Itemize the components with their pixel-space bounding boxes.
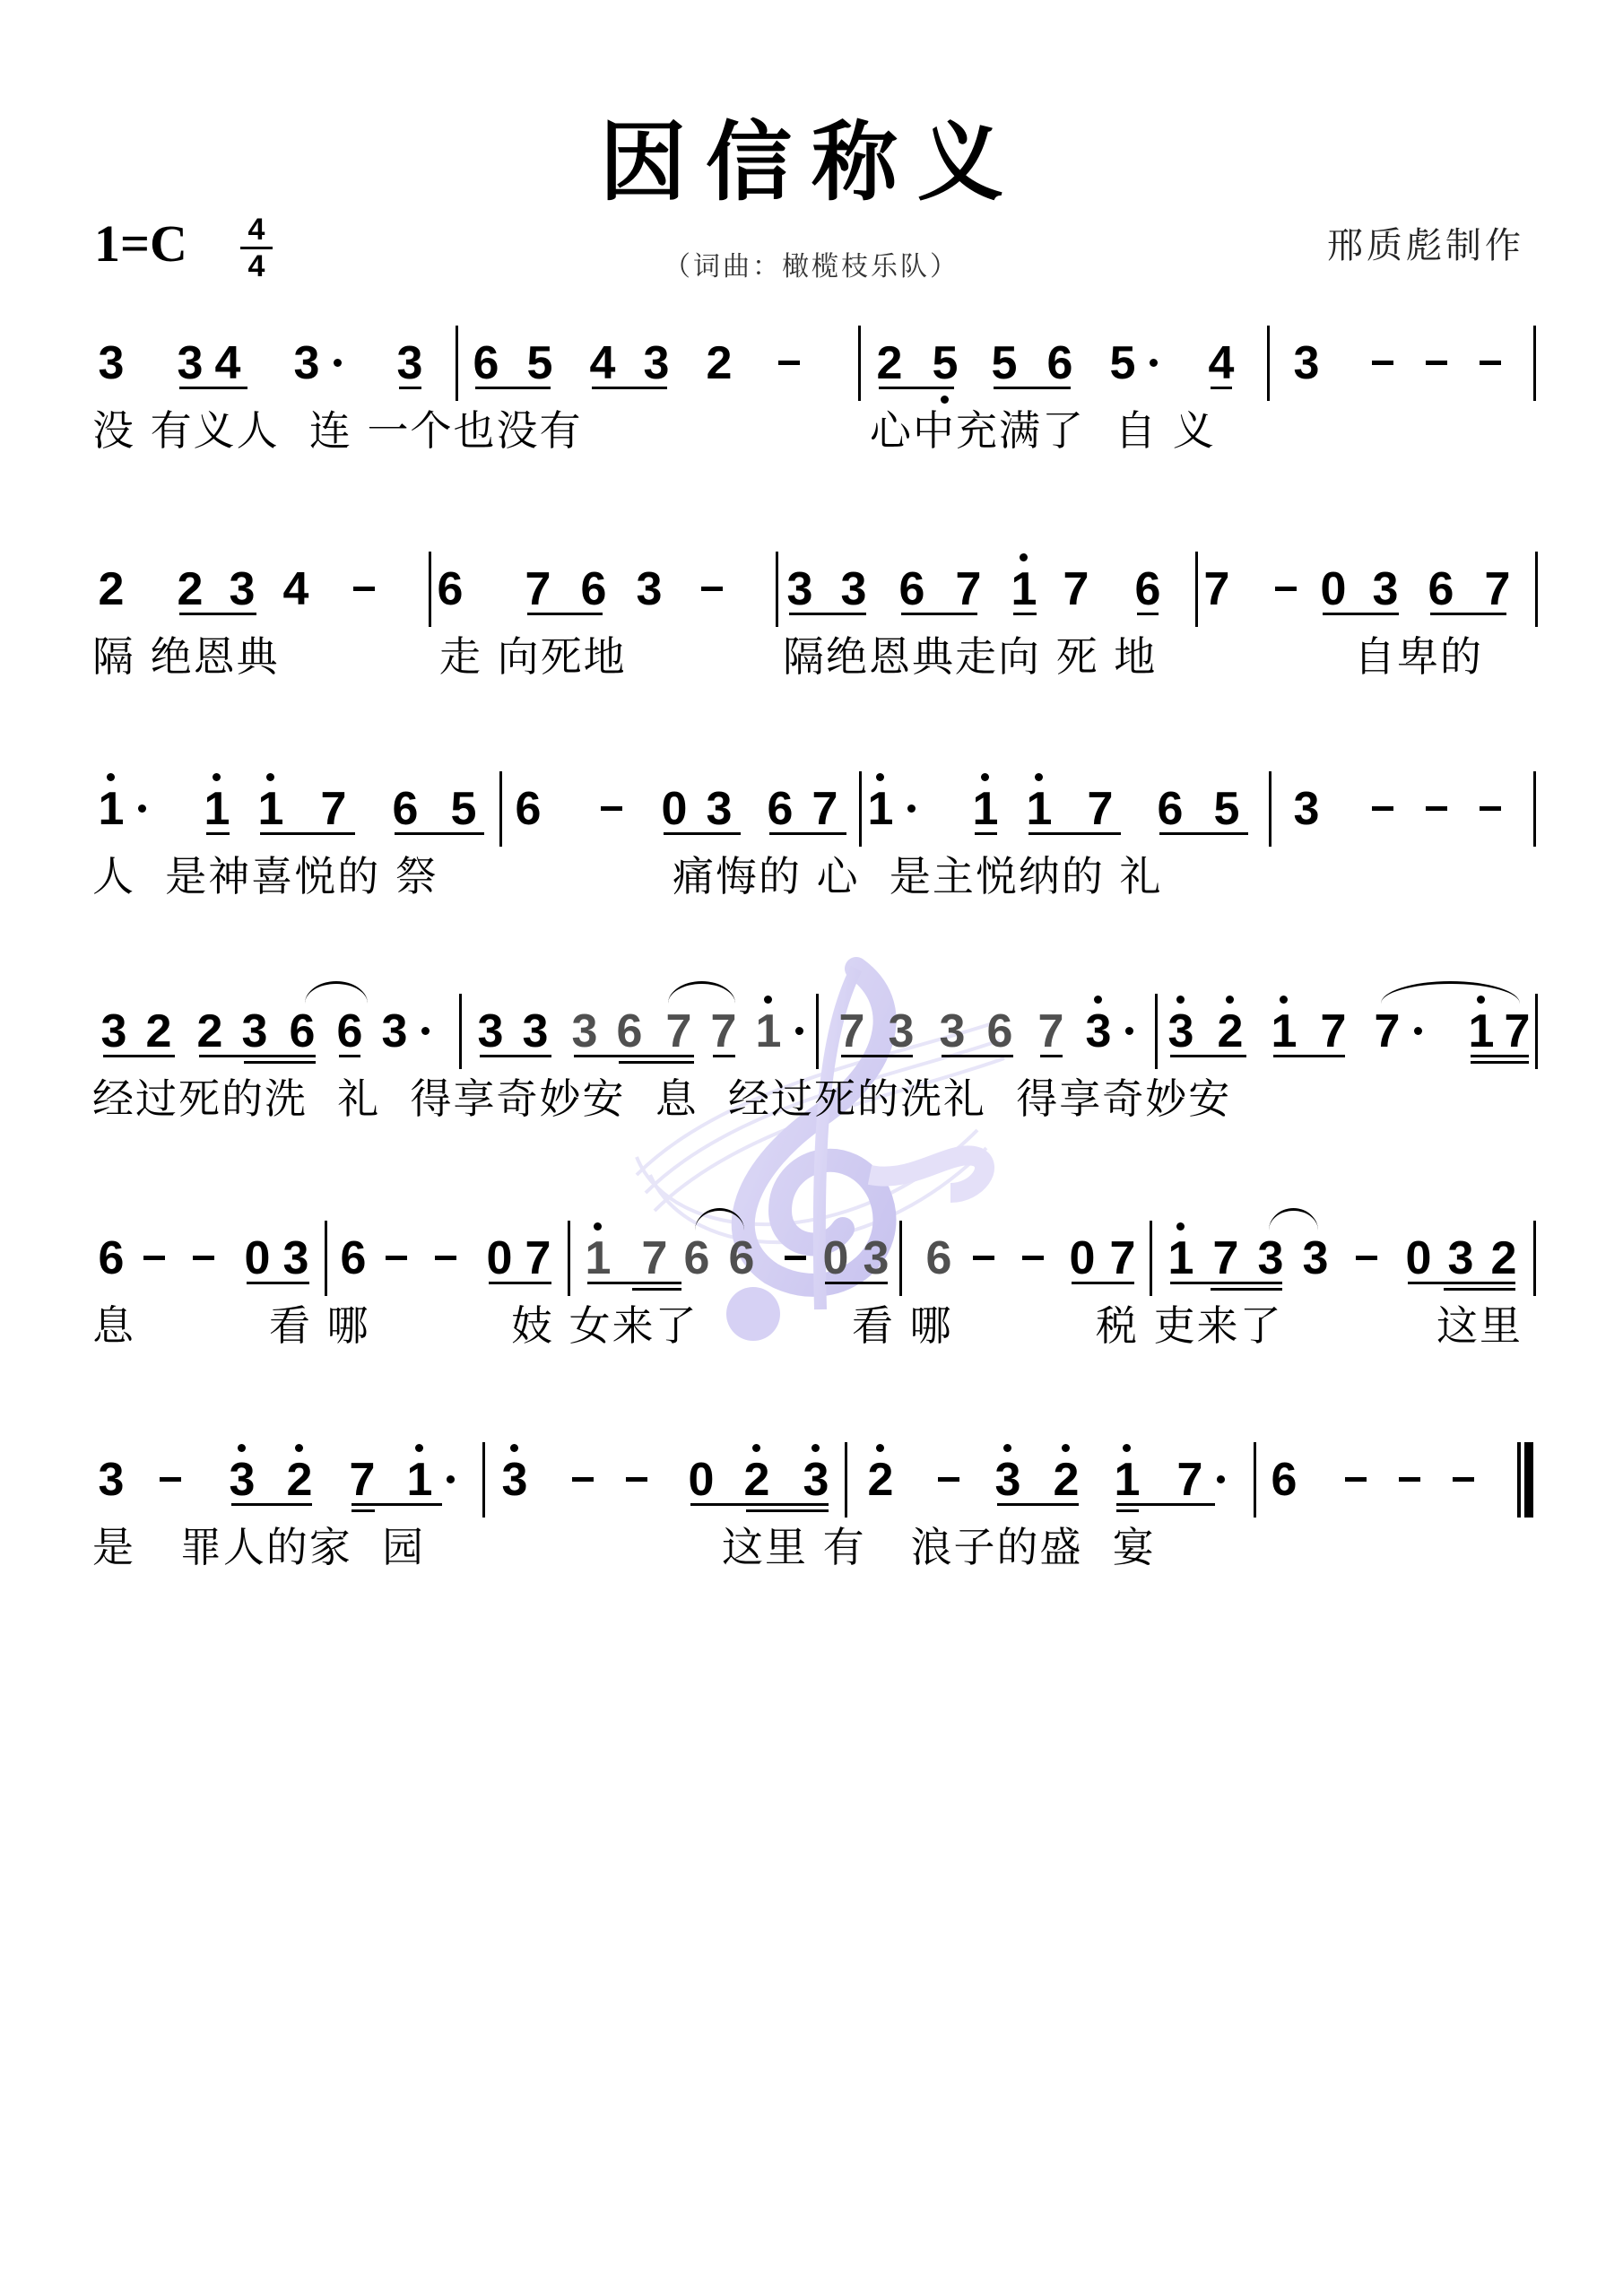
note: 1	[404, 1453, 435, 1507]
sustain-dash	[778, 361, 800, 365]
lyric-text: 隔 绝恩典	[92, 632, 280, 681]
lyric-text: 自卑的	[1354, 632, 1483, 681]
bar-line	[816, 994, 819, 1069]
sustain-dash	[1345, 1477, 1367, 1482]
note: 3	[520, 1004, 551, 1058]
beam-underline	[352, 1503, 442, 1506]
note: 6	[471, 336, 501, 390]
note: 5	[525, 336, 555, 390]
final-bar-thick	[1524, 1442, 1533, 1518]
lyric-text: 这里 有 浪子的盛 宴	[722, 1523, 1156, 1571]
octave-up-dot	[213, 773, 221, 781]
beam-underline	[352, 1509, 375, 1512]
beam-underline	[841, 1055, 913, 1057]
octave-up-dot	[238, 1444, 246, 1452]
sustain-dash	[785, 1256, 806, 1260]
octave-up-dot	[1094, 996, 1102, 1004]
lyric-text: 是 罪人的家 园	[92, 1523, 425, 1571]
note: 3	[175, 336, 205, 390]
note: 3	[227, 1453, 257, 1507]
note: 6	[924, 1231, 954, 1285]
note: 6	[435, 562, 465, 616]
note: 2	[1488, 1231, 1519, 1285]
note: 2	[865, 1453, 896, 1507]
beam-underline	[231, 1503, 312, 1506]
note: 3	[96, 1453, 126, 1507]
note: 3	[1291, 336, 1322, 390]
beam-underline	[901, 613, 977, 615]
note: 3	[937, 1004, 968, 1058]
sustain-dash	[1275, 587, 1297, 591]
note: 2	[195, 1004, 225, 1058]
note: 3	[379, 1004, 410, 1058]
beam-underline	[399, 387, 421, 389]
lyric-text: 痛悔的 心 是主悦纳的 礼	[673, 852, 1163, 900]
beam-underline	[1116, 1503, 1215, 1506]
octave-up-dot	[415, 1444, 423, 1452]
sustain-dash	[701, 587, 723, 591]
beam-underline	[994, 387, 1071, 389]
beam-underline	[1273, 1055, 1345, 1057]
beam-underline	[260, 832, 355, 835]
note: 2	[874, 336, 905, 390]
sustain-dash	[1426, 806, 1447, 811]
bar-line	[1155, 994, 1158, 1069]
beam-underline	[664, 832, 741, 835]
octave-up-dot	[876, 1444, 884, 1452]
note: 6	[726, 1231, 757, 1285]
sustain-dash	[353, 587, 375, 591]
note: 3	[96, 336, 126, 390]
octave-up-dot	[876, 773, 884, 781]
beam-underline	[769, 832, 846, 835]
lyric-text: 人 是神喜悦的 祭	[92, 852, 438, 900]
time-signature-top: 4	[248, 213, 265, 247]
note: 7	[810, 782, 840, 836]
augmentation-dot	[795, 1027, 803, 1035]
beam-underline	[574, 1055, 694, 1057]
octave-up-dot	[1280, 996, 1288, 1004]
octave-up-dot	[811, 1444, 820, 1452]
note: 1	[1166, 1231, 1196, 1285]
augmentation-dot	[1414, 1027, 1422, 1035]
beam-underline	[975, 832, 997, 835]
beam-underline	[395, 832, 484, 835]
beam-underline	[632, 1288, 681, 1291]
note: 7	[953, 562, 984, 616]
note: 1	[202, 782, 232, 836]
bar-line	[499, 771, 502, 847]
beam-underline	[1137, 613, 1159, 615]
lyric-text: 心中充满了 自 义	[870, 406, 1216, 455]
beam-underline	[1170, 1282, 1282, 1284]
note: 3	[1370, 562, 1401, 616]
sustain-dash	[601, 806, 622, 811]
sustain-dash	[1426, 361, 1447, 365]
note: 7	[1061, 562, 1091, 616]
note: 2	[284, 1453, 315, 1507]
note: 4	[281, 562, 311, 616]
note: 7	[1502, 1004, 1532, 1058]
bar-line	[858, 326, 861, 401]
beam-underline	[619, 1061, 694, 1064]
note: 5	[989, 336, 1020, 390]
lyric-text: 看 哪	[852, 1301, 953, 1350]
note: 6	[390, 782, 421, 836]
note: 3	[395, 336, 425, 390]
note: 6	[985, 1004, 1015, 1058]
bar-line	[859, 771, 862, 847]
sustain-dash	[1022, 1256, 1044, 1260]
note: 7	[1372, 1004, 1402, 1058]
beam-underline	[1408, 1282, 1515, 1284]
note: 3	[634, 562, 664, 616]
note: 3	[1255, 1231, 1286, 1285]
beam-underline	[825, 1282, 888, 1284]
beam-underline	[690, 1503, 829, 1506]
beam-underline	[1430, 613, 1506, 615]
bar-line	[429, 552, 431, 627]
note: 3	[281, 1231, 311, 1285]
augmentation-dot	[447, 1475, 455, 1483]
augmentation-dot	[1217, 1475, 1225, 1483]
note: 2	[96, 562, 126, 616]
note: 3	[99, 1004, 129, 1058]
augmentation-dot	[334, 359, 342, 367]
augmentation-dot	[1150, 359, 1158, 367]
note: 7	[837, 1004, 867, 1058]
beam-underline	[1211, 1288, 1282, 1291]
lyric-text: 这里	[1436, 1301, 1523, 1350]
note: 6	[1155, 782, 1185, 836]
score-line: 332713023232176是 罪人的家 园这里 有 浪子的盛 宴	[0, 1453, 1623, 1632]
note: 1	[1269, 1004, 1299, 1058]
note: 3	[861, 1231, 891, 1285]
augmentation-dot	[1125, 1027, 1133, 1035]
beam-underline	[1170, 1055, 1246, 1057]
note: 2	[742, 1453, 772, 1507]
bar-line	[325, 1221, 327, 1296]
note: 6	[287, 1004, 317, 1058]
note: 6	[1269, 1453, 1299, 1507]
note: 1	[256, 782, 286, 836]
note: 7	[1085, 782, 1115, 836]
note: 1	[1009, 562, 1039, 616]
beam-underline	[942, 1055, 1013, 1057]
bar-line	[459, 994, 462, 1069]
note: 1	[96, 782, 126, 836]
octave-up-dot	[1176, 1222, 1185, 1231]
note: 1	[753, 1004, 784, 1058]
beam-underline	[206, 832, 230, 835]
note: 3	[1291, 782, 1322, 836]
octave-up-dot	[295, 1444, 303, 1452]
note: 6	[334, 1004, 365, 1058]
octave-up-dot	[266, 773, 274, 781]
beam-underline	[527, 613, 603, 615]
score-line: 6036071766036071733032息看 哪妓 女来了看 哪税 吏来了这…	[0, 1231, 1623, 1411]
beam-underline	[1040, 1055, 1063, 1057]
octave-up-dot	[1003, 1444, 1011, 1452]
note: 7	[639, 1231, 670, 1285]
note: 7	[523, 1231, 553, 1285]
beam-underline	[1471, 1055, 1529, 1057]
bar-line	[1533, 1221, 1536, 1296]
note: 3	[704, 782, 734, 836]
beam-underline	[997, 1503, 1079, 1506]
lyric-text: 息	[92, 1301, 135, 1350]
bar-line	[1535, 552, 1538, 627]
beam-underline	[713, 1055, 735, 1057]
lyric-text: 税 吏来了	[1096, 1301, 1283, 1350]
beam-underline	[1471, 1061, 1529, 1064]
note: 0	[242, 1231, 273, 1285]
sustain-dash	[973, 1256, 994, 1260]
note: 1	[1466, 1004, 1497, 1058]
note: 3	[569, 1004, 600, 1058]
sustain-dash	[1399, 1477, 1420, 1482]
bar-line	[1195, 552, 1198, 627]
octave-up-dot	[1035, 773, 1043, 781]
beam-underline	[879, 387, 954, 389]
note: 1	[970, 782, 1001, 836]
octave-up-dot	[1123, 1444, 1131, 1452]
note: 7	[1175, 1453, 1205, 1507]
score-line: 322366333367717336733217717经过死的洗 礼 得享奇妙安…	[0, 1004, 1623, 1184]
note: 3	[499, 1453, 530, 1507]
note: 2	[175, 562, 205, 616]
beam-underline	[480, 1055, 551, 1057]
beam-underline	[746, 1509, 829, 1512]
slur-tie	[1381, 981, 1520, 1004]
note: 7	[708, 1004, 739, 1058]
lyric-text: 妓 女来了	[511, 1301, 699, 1350]
beam-underline	[789, 613, 866, 615]
note: 6	[1426, 562, 1456, 616]
bar-line	[1269, 771, 1271, 847]
bar-line	[845, 1442, 847, 1518]
sustain-dash	[1453, 1477, 1474, 1482]
note: 6	[96, 1231, 126, 1285]
note: 3	[641, 336, 672, 390]
note: 3	[475, 1004, 506, 1058]
note: 0	[820, 1231, 851, 1285]
slur-tie	[695, 1208, 744, 1231]
note: 3	[801, 1453, 831, 1507]
sustain-dash	[1480, 361, 1501, 365]
slur-tie	[305, 981, 368, 1004]
note: 6	[1133, 562, 1163, 616]
note: 2	[1215, 1004, 1245, 1058]
lyric-text: 走 向死地	[439, 632, 627, 681]
note: 3	[1166, 1004, 1196, 1058]
lyric-text: 看 哪	[269, 1301, 370, 1350]
beam-underline	[1323, 613, 1399, 615]
octave-down-dot	[941, 396, 949, 404]
note: 3	[838, 562, 869, 616]
octave-up-dot	[594, 1222, 602, 1231]
beam-underline	[247, 1282, 309, 1284]
octave-up-dot	[1020, 553, 1028, 561]
note: 0	[1067, 1231, 1098, 1285]
sustain-dash	[193, 1256, 214, 1260]
note: 3	[993, 1453, 1023, 1507]
augmentation-dot	[138, 804, 146, 813]
arranger-credit: 邢质彪制作	[1327, 217, 1524, 268]
note: 3	[886, 1004, 916, 1058]
octave-up-dot	[752, 1444, 760, 1452]
note: 5	[1211, 782, 1242, 836]
beam-underline	[1028, 832, 1121, 835]
beam-underline	[587, 1282, 681, 1284]
note: 6	[338, 1231, 369, 1285]
bar-line	[568, 1221, 570, 1296]
bar-line	[776, 552, 778, 627]
bar-line	[482, 1442, 485, 1518]
sustain-dash	[143, 1256, 165, 1260]
beam-underline	[1072, 1282, 1134, 1284]
octave-up-dot	[1062, 1444, 1070, 1452]
note: 4	[1206, 336, 1237, 390]
bar-line	[1533, 771, 1536, 847]
song-title: 因信称义	[0, 94, 1623, 217]
note: 7	[318, 782, 349, 836]
note: 4	[587, 336, 618, 390]
bar-line	[899, 1221, 902, 1296]
note: 6	[765, 782, 795, 836]
note: 7	[523, 562, 553, 616]
note: 5	[1107, 336, 1138, 390]
note: 6	[578, 562, 609, 616]
sustain-dash	[1372, 806, 1393, 811]
sustain-dash	[572, 1477, 594, 1482]
sustain-dash	[1480, 806, 1501, 811]
augmentation-dot	[421, 1027, 430, 1035]
note: 7	[1107, 1231, 1138, 1285]
octave-up-dot	[107, 773, 115, 781]
sustain-dash	[386, 1256, 407, 1260]
bar-line	[1267, 326, 1270, 401]
octave-up-dot	[981, 773, 989, 781]
octave-up-dot	[510, 1444, 518, 1452]
score-line: 22346763336717670367隔 绝恩典走 向死地隔绝恩典走向 死 地…	[0, 562, 1623, 742]
bar-line	[1254, 1442, 1256, 1518]
beam-underline	[179, 613, 256, 615]
note: 4	[213, 336, 243, 390]
sustain-dash	[626, 1477, 647, 1482]
lyric-text: 没 有义人 连 一个也没有	[92, 406, 583, 455]
beam-underline	[199, 1055, 316, 1057]
beam-underline	[244, 1061, 316, 1064]
bar-line	[1533, 326, 1536, 401]
note: 2	[143, 1004, 174, 1058]
octave-up-dot	[1176, 996, 1185, 1004]
note: 3	[785, 562, 815, 616]
beam-underline	[1116, 1509, 1139, 1512]
beam-underline	[1211, 387, 1232, 389]
beam-underline	[1013, 613, 1037, 615]
note: 5	[930, 336, 960, 390]
lyric-text: 隔绝恩典走向 死 地	[783, 632, 1157, 681]
note: 0	[659, 782, 690, 836]
note: 7	[1202, 562, 1232, 616]
sustain-dash	[938, 1477, 959, 1482]
note: 3	[227, 562, 257, 616]
beam-underline	[103, 1055, 175, 1057]
augmentation-dot	[907, 804, 916, 813]
slur-tie	[1269, 1208, 1318, 1231]
note: 6	[614, 1004, 645, 1058]
note: 0	[686, 1453, 716, 1507]
beam-underline	[339, 1055, 360, 1057]
note: 1	[1112, 1453, 1142, 1507]
bar-line	[1535, 994, 1538, 1069]
lyric-text: 经过死的洗 礼 得享奇妙安 息 经过死的洗礼 得享奇妙安	[92, 1074, 1231, 1123]
sustain-dash	[435, 1256, 456, 1260]
beam-underline	[592, 387, 667, 389]
note: 7	[1211, 1231, 1241, 1285]
beam-underline	[1444, 1288, 1515, 1291]
note: 3	[1083, 1004, 1114, 1058]
slur-tie	[668, 981, 735, 1004]
sustain-dash	[160, 1477, 181, 1482]
note: 0	[1403, 1231, 1434, 1285]
note: 1	[583, 1231, 613, 1285]
note: 6	[681, 1231, 712, 1285]
note: 7	[1482, 562, 1513, 616]
note: 1	[865, 782, 896, 836]
note: 0	[484, 1231, 515, 1285]
note: 7	[1318, 1004, 1349, 1058]
note: 3	[239, 1004, 270, 1058]
note: 1	[1024, 782, 1055, 836]
note: 7	[1036, 1004, 1066, 1058]
note: 7	[347, 1453, 378, 1507]
note: 6	[513, 782, 543, 836]
octave-up-dot	[764, 996, 772, 1004]
note: 7	[664, 1004, 694, 1058]
note: 2	[1051, 1453, 1081, 1507]
note: 3	[1300, 1231, 1331, 1285]
note: 3	[291, 336, 322, 390]
note: 5	[448, 782, 479, 836]
beam-underline	[179, 387, 247, 389]
beam-underline	[475, 387, 551, 389]
final-bar-thin	[1517, 1442, 1521, 1518]
note: 3	[1445, 1231, 1476, 1285]
sustain-dash	[1372, 361, 1393, 365]
beam-underline	[1159, 832, 1248, 835]
beam-underline	[489, 1282, 551, 1284]
bar-line	[456, 326, 458, 401]
score-line: 33433654322556543没 有义人 连 一个也没有心中充满了 自 义	[0, 336, 1623, 516]
note: 6	[1045, 336, 1075, 390]
note: 0	[1318, 562, 1349, 616]
score-line: 111765603671117653人 是神喜悦的 祭痛悔的 心 是主悦纳的 礼	[0, 782, 1623, 961]
octave-up-dot	[1226, 996, 1234, 1004]
sustain-dash	[1356, 1256, 1377, 1260]
note: 6	[897, 562, 927, 616]
note: 2	[704, 336, 734, 390]
bar-line	[1150, 1221, 1152, 1296]
